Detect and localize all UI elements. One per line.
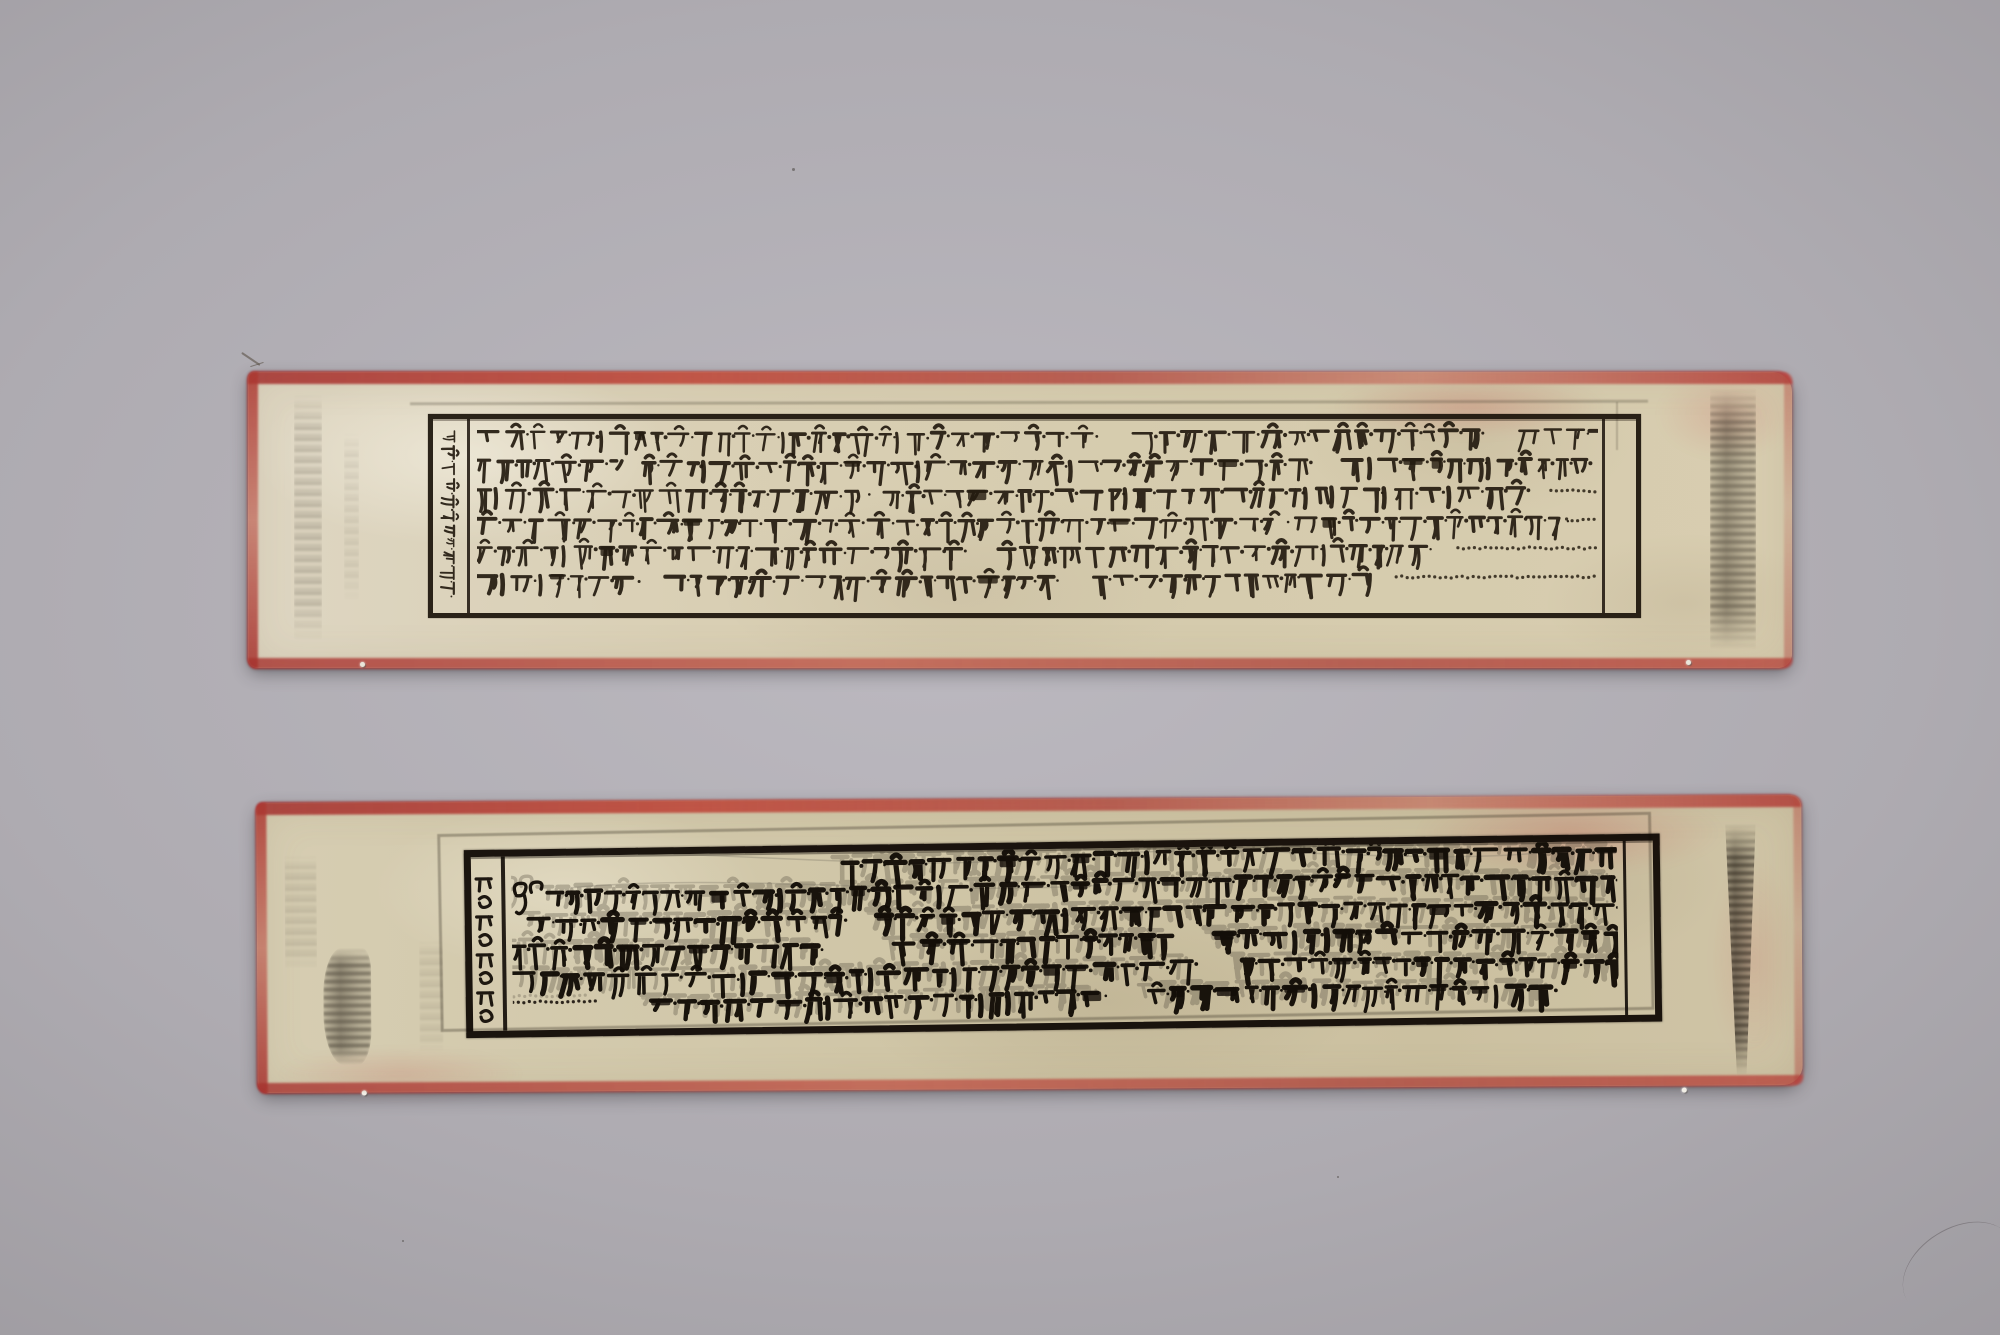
printed-text-frame [428, 414, 1641, 618]
red-edge-left [255, 803, 268, 1093]
red-edge-right [1784, 372, 1793, 668]
margin-column [471, 857, 507, 1031]
dust-speck [792, 168, 795, 171]
dust-speck [1337, 1176, 1339, 1178]
paper-fiber [250, 362, 264, 367]
pink-stain [1709, 855, 1800, 1065]
metal-pin-glint [360, 662, 365, 667]
backdrop-scratch [1886, 1202, 2000, 1334]
margin-glyph-stack [471, 857, 499, 1031]
red-edge-top [256, 794, 1801, 815]
setoff-ghost-line [410, 400, 1648, 406]
tibetan-text-block [477, 419, 1598, 613]
inner-right-rule [1602, 419, 1605, 613]
metal-pin-glint [1686, 660, 1691, 665]
margin-foliation-text [433, 419, 464, 613]
folio-bottom [256, 795, 1802, 1093]
pink-stain [276, 1048, 526, 1101]
margin-column [433, 419, 470, 613]
metal-pin-glint [1682, 1088, 1687, 1093]
dust-speck [402, 1240, 404, 1242]
ink-smudge-left-margin [344, 432, 359, 602]
folio-top [248, 372, 1792, 668]
ink-smudge-right-margin [1710, 388, 1756, 650]
ink-smudge-right-margin [1720, 823, 1761, 1075]
metal-pin-glint [362, 1090, 367, 1095]
pink-stain [1656, 368, 1796, 460]
ink-smudge-left-margin [323, 947, 372, 1065]
photo-backdrop [0, 0, 2000, 1335]
red-edge-bottom [258, 1075, 1803, 1094]
printed-text-frame [464, 833, 1663, 1038]
red-edge-bottom [248, 658, 1792, 669]
red-edge-right [1793, 795, 1804, 1085]
red-edge-left [247, 372, 258, 668]
tibetan-text-block [511, 841, 1619, 1030]
ink-smudge-left-margin [285, 855, 318, 970]
inner-right-rule [1622, 841, 1628, 1015]
red-edge-top [248, 371, 1792, 384]
ink-smudge-left-margin [294, 394, 322, 642]
